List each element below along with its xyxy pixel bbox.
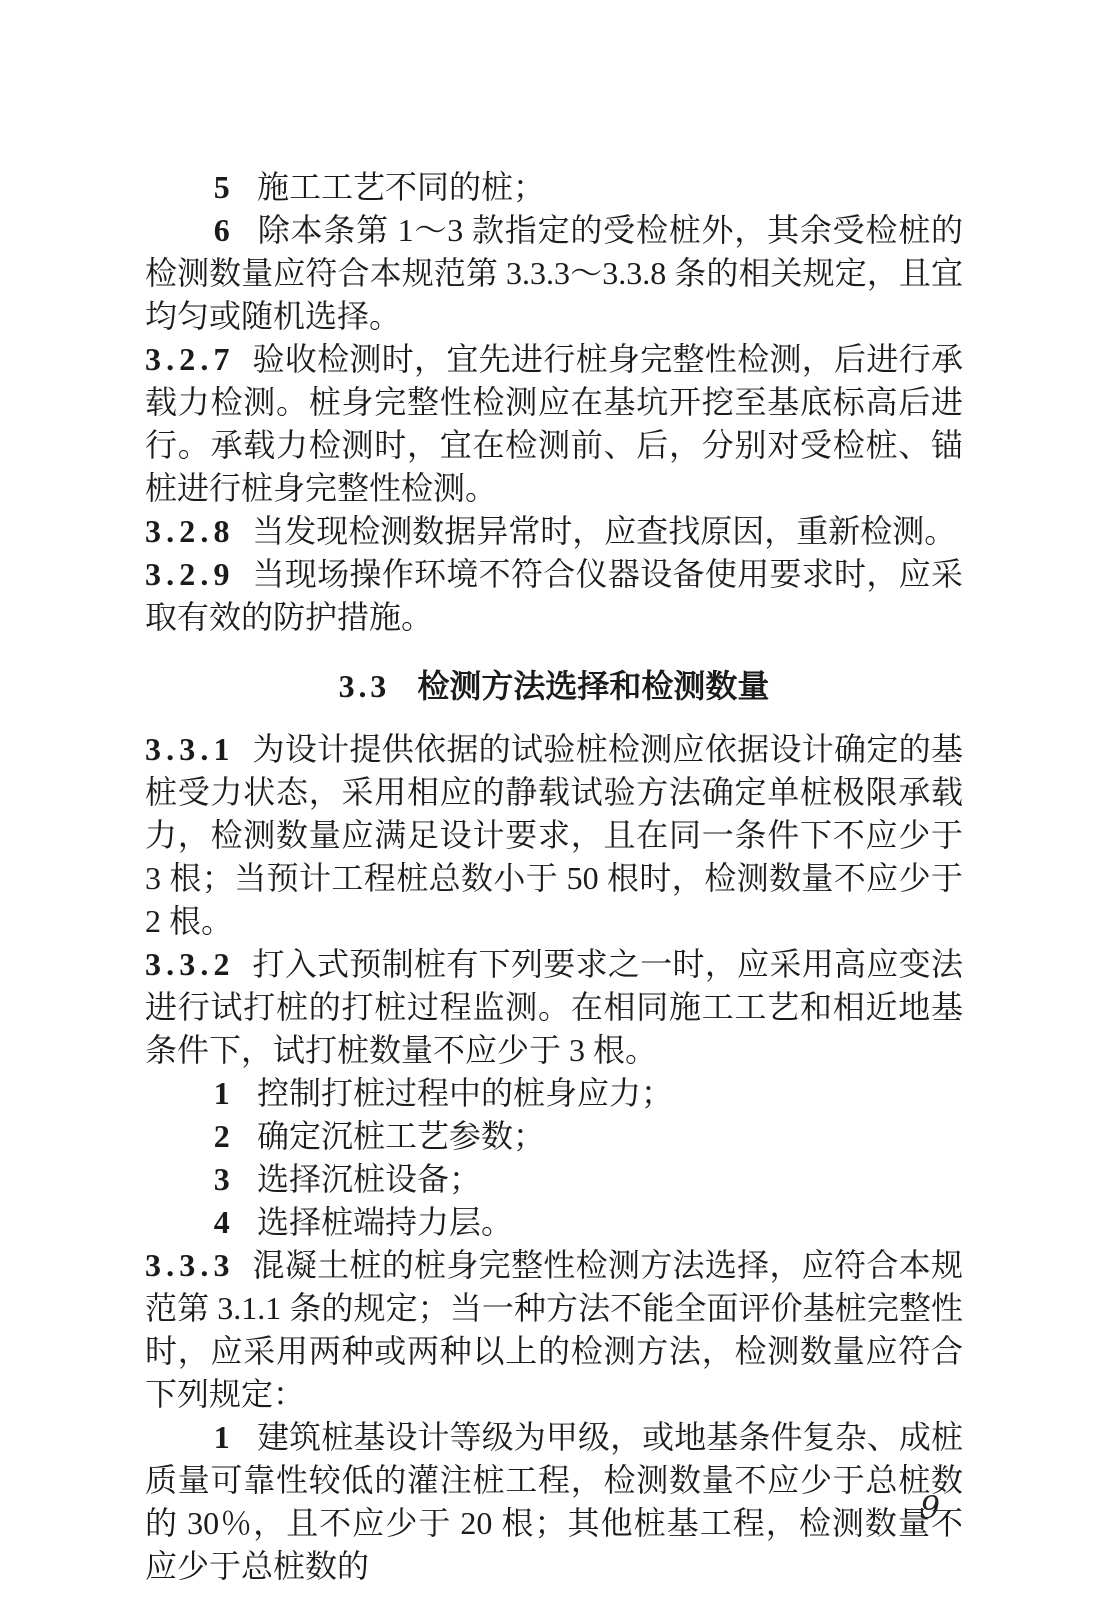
item-text: 选择桩端持力层。 [257,1204,513,1240]
clause-number: 3.3.1 [145,731,235,767]
clause-3-3-3: 3.3.3混凝土桩的桩身完整性检测方法选择，应符合本规范第 3.1.1 条的规定… [145,1244,963,1416]
list-item-6: 6除本条第 1～3 款指定的受检桩外，其余受检桩的检测数量应符合本规范第 3.3… [145,209,963,338]
clause-3-2-7: 3.2.7验收检测时，宜先进行桩身完整性检测，后进行承载力检测。桩身完整性检测应… [145,338,963,510]
item-number: 1 [214,1075,230,1111]
list-item-1-of-3-3-3: 1建筑桩基设计等级为甲级，或地基条件复杂、成桩质量可靠性较低的灌注桩工程，检测数… [145,1416,963,1588]
item-text: 施工工艺不同的桩； [257,169,545,205]
item-number: 3 [214,1161,230,1197]
clause-text: 验收检测时，宜先进行桩身完整性检测，后进行承载力检测。桩身完整性检测应在基坑开挖… [145,341,963,506]
clause-number: 3.3.2 [145,946,235,982]
document-page: 5施工工艺不同的桩； 6除本条第 1～3 款指定的受检桩外，其余受检桩的检测数量… [0,0,1103,1598]
section-number: 3.3 [339,668,391,704]
clause-text: 当现场操作环境不符合仪器设备使用要求时，应采取有效的防护措施。 [145,556,963,635]
clause-number: 3.2.9 [145,556,235,592]
list-item-5: 5施工工艺不同的桩； [145,166,963,209]
list-item-1: 1控制打桩过程中的桩身应力； [145,1072,963,1115]
clause-text: 打入式预制桩有下列要求之一时，应采用高应变法进行试打桩的打桩过程监测。在相同施工… [145,946,963,1068]
section-heading-3-3: 3.3检测方法选择和检测数量 [145,665,963,708]
item-text: 建筑桩基设计等级为甲级，或地基条件复杂、成桩质量可靠性较低的灌注桩工程，检测数量… [145,1419,963,1584]
item-number: 2 [214,1118,230,1154]
item-number: 6 [214,212,230,248]
item-number: 4 [214,1204,230,1240]
list-item-3: 3选择沉桩设备； [145,1158,963,1201]
item-text: 除本条第 1～3 款指定的受检桩外，其余受检桩的检测数量应符合本规范第 3.3.… [145,212,963,334]
clause-number: 3.3.3 [145,1247,235,1283]
item-number: 5 [214,169,230,205]
item-text: 选择沉桩设备； [257,1161,481,1197]
page-body-text: 5施工工艺不同的桩； 6除本条第 1～3 款指定的受检桩外，其余受检桩的检测数量… [145,166,963,1588]
clause-number: 3.2.7 [145,341,235,377]
clause-3-3-1: 3.3.1为设计提供依据的试验桩检测应依据设计确定的基桩受力状态，采用相应的静载… [145,728,963,943]
clause-number: 3.2.8 [145,513,235,549]
clause-3-2-8: 3.2.8当发现检测数据异常时，应查找原因，重新检测。 [145,510,963,553]
item-text: 确定沉桩工艺参数； [257,1118,545,1154]
item-text: 控制打桩过程中的桩身应力； [257,1075,673,1111]
clause-3-2-9: 3.2.9当现场操作环境不符合仪器设备使用要求时，应采取有效的防护措施。 [145,553,963,639]
page-number: 9 [920,1488,940,1528]
clause-text: 混凝土桩的桩身完整性检测方法选择，应符合本规范第 3.1.1 条的规定；当一种方… [145,1247,963,1412]
list-item-2: 2确定沉桩工艺参数； [145,1115,963,1158]
section-title: 检测方法选择和检测数量 [417,668,769,704]
list-item-4: 4选择桩端持力层。 [145,1201,963,1244]
clause-text: 当发现检测数据异常时，应查找原因，重新检测。 [252,513,956,549]
item-number: 1 [214,1419,230,1455]
clause-text: 为设计提供依据的试验桩检测应依据设计确定的基桩受力状态，采用相应的静载试验方法确… [145,731,963,939]
clause-3-3-2: 3.3.2打入式预制桩有下列要求之一时，应采用高应变法进行试打桩的打桩过程监测。… [145,943,963,1072]
